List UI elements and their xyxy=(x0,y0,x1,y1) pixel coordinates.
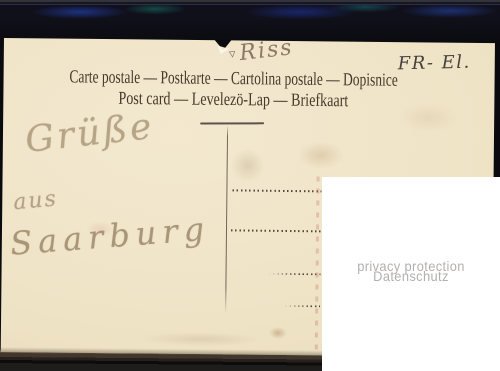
greeting-handwriting-line1: Grüße xyxy=(23,106,156,161)
riss-annotation-text: Riss xyxy=(238,35,295,66)
privacy-watermark-text-de: Datenschutz xyxy=(329,269,493,283)
address-dotted-line-2 xyxy=(231,229,321,232)
address-dotted-line-4 xyxy=(239,304,320,307)
postcard-header-line2: Post card — Levelezö-Lap — Briefkaart xyxy=(17,88,450,112)
postcard-header-line1: Carte postale — Postkarte — Cartolina po… xyxy=(26,67,440,91)
greeting-handwriting-line3: Saarburg xyxy=(9,209,212,262)
stain-spot xyxy=(298,141,344,169)
address-dotted-line-3 xyxy=(240,272,321,275)
riss-pencil-annotation: ▿Riss xyxy=(228,35,295,67)
privacy-watermark-box: privacy protection Datenschutz xyxy=(322,177,500,371)
stain-spot xyxy=(231,148,265,182)
stamp-edge-remnant xyxy=(315,176,319,351)
greeting-handwriting-line2: aus xyxy=(12,186,59,215)
stain-spot xyxy=(269,327,287,339)
address-divider-line xyxy=(225,125,228,313)
divider-crossbar xyxy=(200,122,264,124)
stain-smudge xyxy=(141,331,261,346)
catalog-code-handwriting: FR- El. xyxy=(398,52,471,75)
address-dotted-line-1 xyxy=(232,189,321,192)
postcard-scan: Carte postale — Postkarte — Cartolina po… xyxy=(0,0,500,371)
